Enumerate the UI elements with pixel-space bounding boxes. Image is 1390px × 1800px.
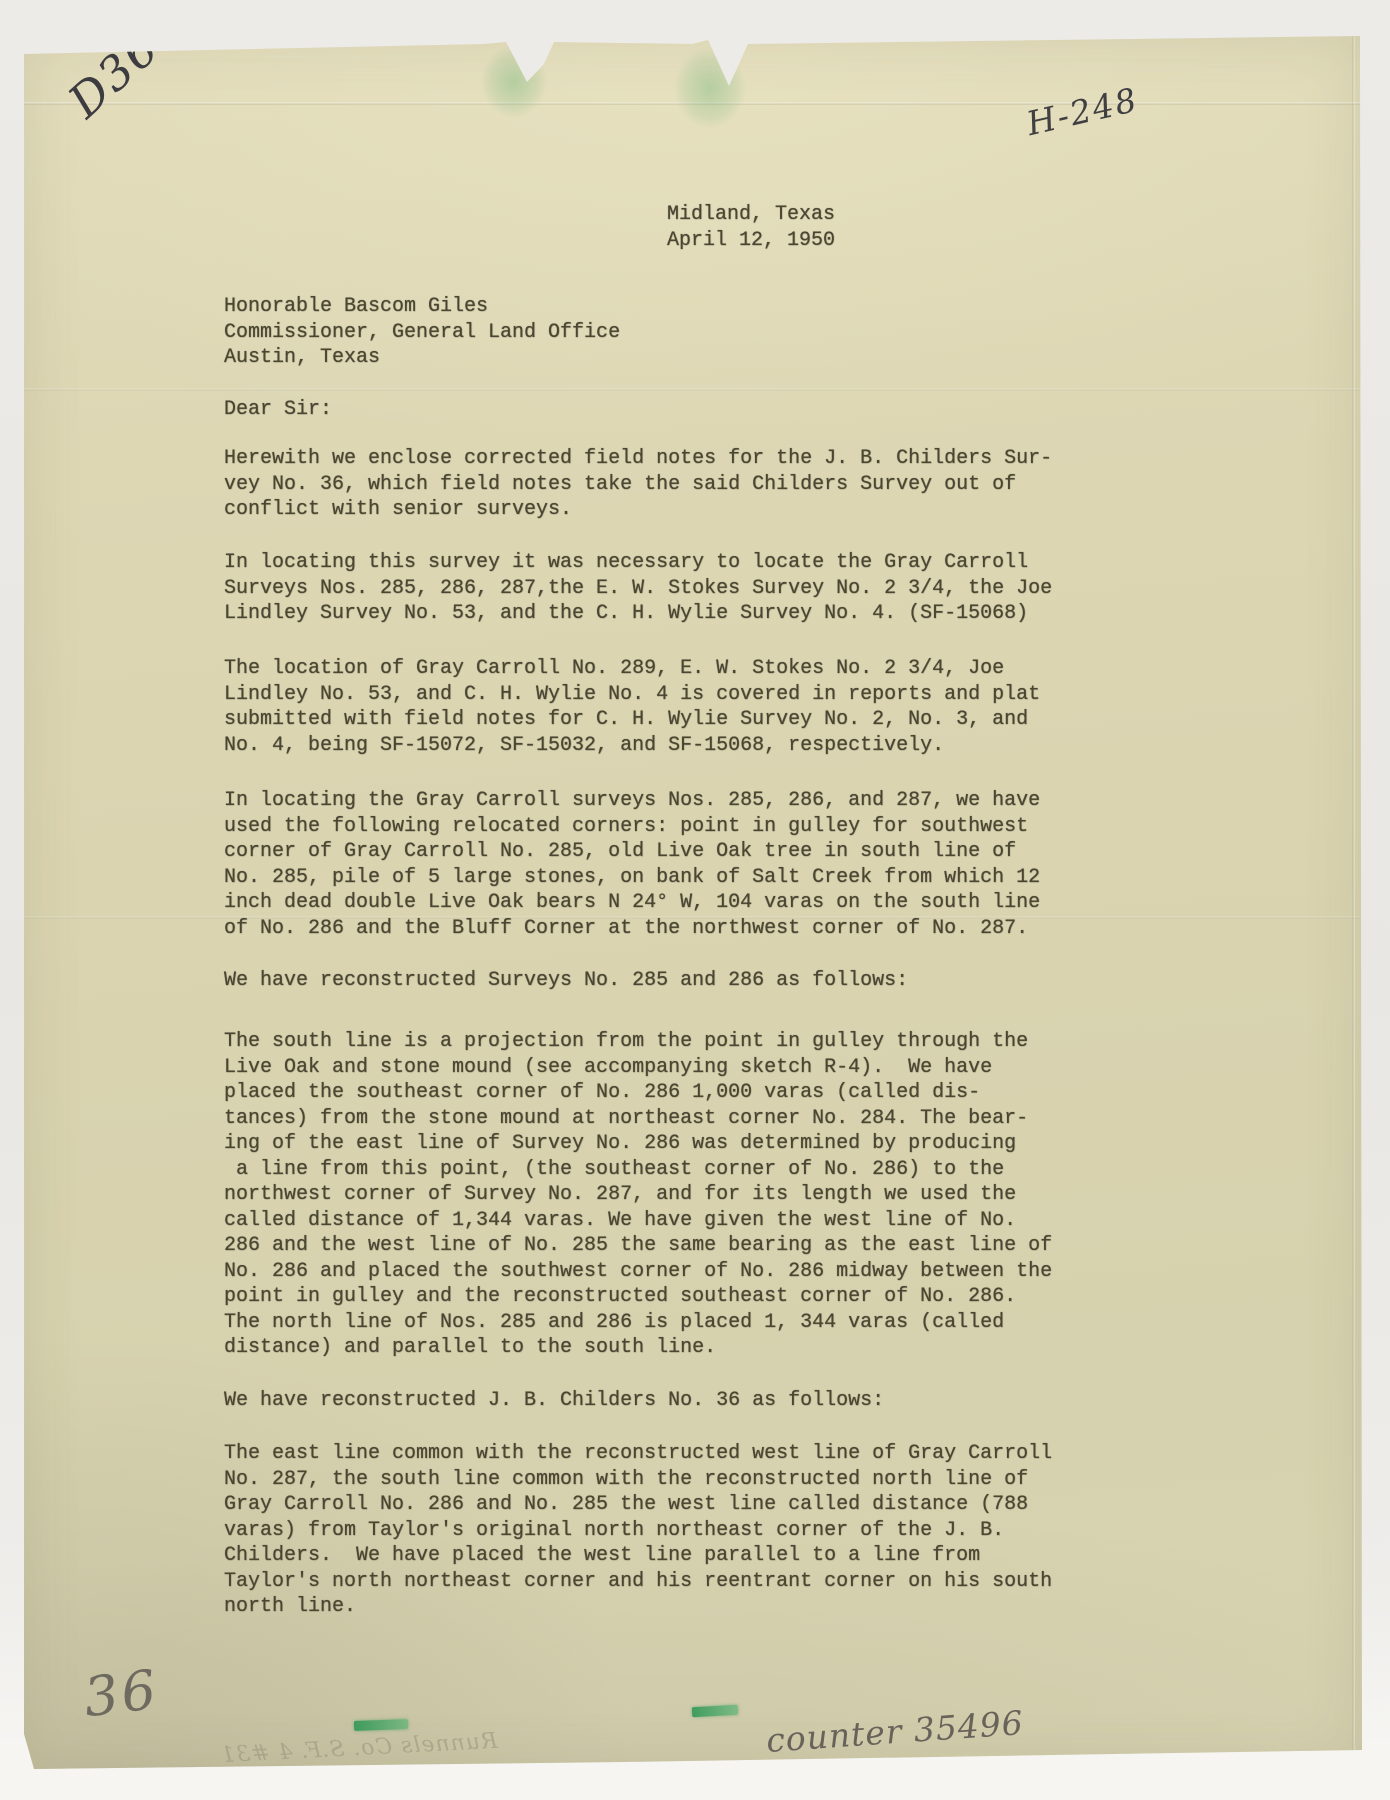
dateline: Midland, TexasApril 12, 1950 <box>667 202 835 253</box>
typed-line: Herewith we enclose corrected field note… <box>224 446 1052 472</box>
green-stamp-mark-left <box>354 1719 408 1731</box>
typed-line: of No. 286 and the Bluff Corner at the n… <box>224 916 1040 942</box>
letter-paper: D36 H-248 Midland, TexasApril 12, 1950 H… <box>24 36 1362 1769</box>
typed-line: We have reconstructed Surveys No. 285 an… <box>224 968 908 994</box>
typed-line: submitted with field notes for C. H. Wyl… <box>224 707 1040 733</box>
handwritten-counter-number: counter 35496 <box>765 1703 1025 1760</box>
typed-line: varas) from Taylor's original north nort… <box>224 1518 1052 1544</box>
typed-line: No. 286 and placed the southwest corner … <box>224 1259 1052 1285</box>
typed-line: tances) from the stone mound at northeas… <box>224 1106 1052 1132</box>
paragraph-relocated-corners: In locating the Gray Carroll surveys Nos… <box>224 788 1040 941</box>
typed-line: 286 and the west line of No. 285 the sam… <box>224 1233 1052 1259</box>
handwritten-survey-number-bottom-left: 36 <box>80 1658 162 1730</box>
typed-line: Austin, Texas <box>224 345 620 371</box>
green-stamp-mark-right <box>692 1705 738 1717</box>
paragraph-south-line-projection: The south line is a projection from the … <box>224 1029 1052 1361</box>
salutation: Dear Sir: <box>224 397 332 423</box>
paragraph-enclosing-field-notes: Herewith we enclose corrected field note… <box>224 446 1052 523</box>
typed-line: Dear Sir: <box>224 397 332 423</box>
typed-line: conflict with senior surveys. <box>224 497 1052 523</box>
typed-line: The location of Gray Carroll No. 289, E.… <box>224 656 1040 682</box>
typed-line: No. 285, pile of 5 large stones, on bank… <box>224 865 1040 891</box>
typed-line: Live Oak and stone mound (see accompanyi… <box>224 1055 1052 1081</box>
fold-crease-upper <box>24 388 1362 391</box>
typed-line: used the following relocated corners: po… <box>224 814 1040 840</box>
typed-line: April 12, 1950 <box>667 228 835 254</box>
typed-line: The north line of Nos. 285 and 286 is pl… <box>224 1310 1052 1336</box>
typed-line: In locating the Gray Carroll surveys Nos… <box>224 788 1040 814</box>
typed-line: north line. <box>224 1594 1052 1620</box>
recipient-address: Honorable Bascom GilesCommissioner, Gene… <box>224 294 620 371</box>
heading-reconstructed-childers-36: We have reconstructed J. B. Childers No.… <box>224 1388 884 1414</box>
typed-line: point in gulley and the reconstructed so… <box>224 1284 1052 1310</box>
bleed-through-mirrored-text: Runnels Co. S.F. 4 #31 <box>220 1729 499 1768</box>
typed-line: The east line common with the reconstruc… <box>224 1441 1052 1467</box>
paragraph-surveys-located: In locating this survey it was necessary… <box>224 550 1052 627</box>
typed-line: Childers. We have placed the west line p… <box>224 1543 1052 1569</box>
typed-line: Commissioner, General Land Office <box>224 320 620 346</box>
typed-line: inch dead double Live Oak bears N 24° W,… <box>224 890 1040 916</box>
handwritten-file-number-top-right: H-248 <box>1023 80 1142 143</box>
fold-crease-right <box>1352 36 1355 1769</box>
typed-line: vey No. 36, which field notes take the s… <box>224 472 1052 498</box>
typed-line: Honorable Bascom Giles <box>224 294 620 320</box>
typed-line: We have reconstructed J. B. Childers No.… <box>224 1388 884 1414</box>
typed-line: ing of the east line of Survey No. 286 w… <box>224 1131 1052 1157</box>
typed-line: Gray Carroll No. 286 and No. 285 the wes… <box>224 1492 1052 1518</box>
typed-line: Taylor's north northeast corner and his … <box>224 1569 1052 1595</box>
typed-line: northwest corner of Survey No. 287, and … <box>224 1182 1052 1208</box>
paragraph-east-line-common: The east line common with the reconstruc… <box>224 1441 1052 1620</box>
typed-line: Lindley Survey No. 53, and the C. H. Wyl… <box>224 601 1052 627</box>
heading-reconstructed-285-286: We have reconstructed Surveys No. 285 an… <box>224 968 908 994</box>
scanned-letter-scan: D36 H-248 Midland, TexasApril 12, 1950 H… <box>0 0 1390 1800</box>
green-smudge-right-notch <box>664 36 756 140</box>
typed-line: Lindley No. 53, and C. H. Wylie No. 4 is… <box>224 682 1040 708</box>
typed-line: The south line is a projection from the … <box>224 1029 1052 1055</box>
typed-line: In locating this survey it was necessary… <box>224 550 1052 576</box>
typed-line: No. 287, the south line common with the … <box>224 1467 1052 1493</box>
green-smudge-left-notch <box>472 36 556 128</box>
typed-line: corner of Gray Carroll No. 285, old Live… <box>224 839 1040 865</box>
typed-line: No. 4, being SF-15072, SF-15032, and SF-… <box>224 733 1040 759</box>
typed-line: distance) and parallel to the south line… <box>224 1335 1052 1361</box>
typed-line: Surveys Nos. 285, 286, 287,the E. W. Sto… <box>224 576 1052 602</box>
typed-line: placed the southeast corner of No. 286 1… <box>224 1080 1052 1106</box>
typed-line: a line from this point, (the southeast c… <box>224 1157 1052 1183</box>
typed-line: called distance of 1,344 varas. We have … <box>224 1208 1052 1234</box>
handwritten-file-number-top-left: D36 <box>58 20 170 128</box>
paragraph-location-coverage: The location of Gray Carroll No. 289, E.… <box>224 656 1040 758</box>
typed-line: Midland, Texas <box>667 202 835 228</box>
